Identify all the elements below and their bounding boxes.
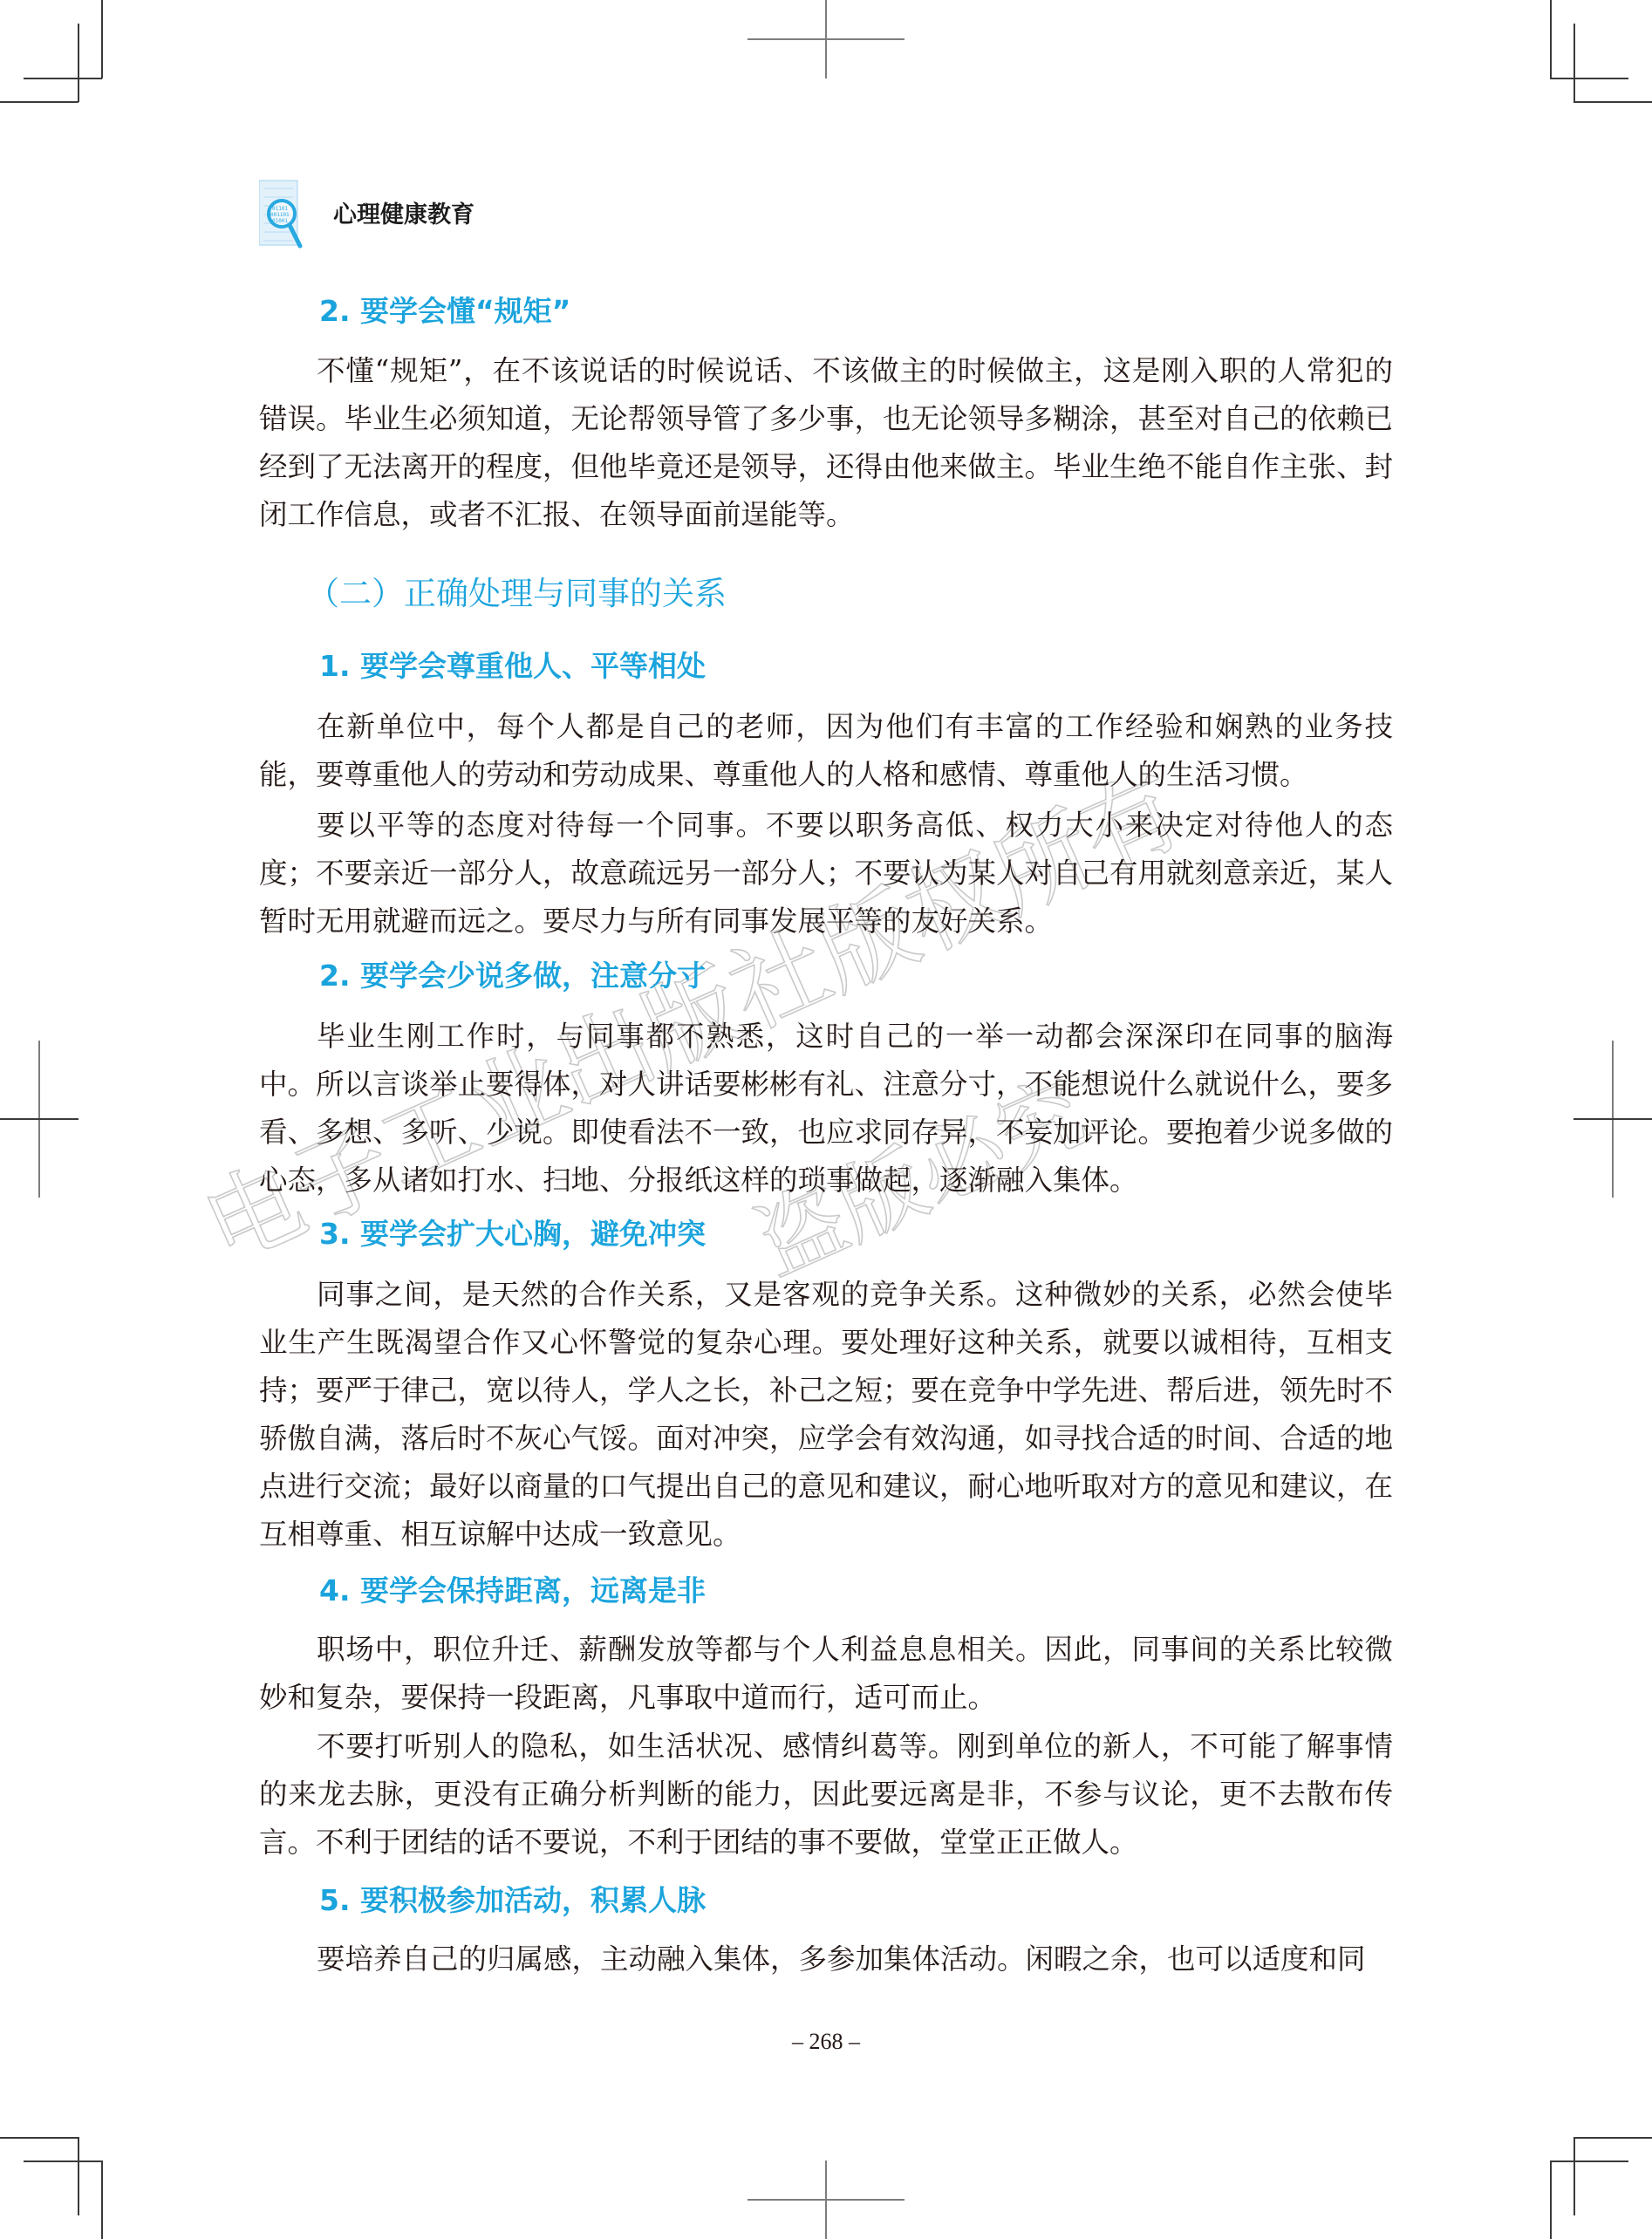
section-heading: 2. 要学会懂“规矩”: [319, 294, 570, 329]
crop-mark: [0, 2137, 79, 2139]
paragraph: 要以平等的态度对待每一个同事。不要以职务高低、权力大小来决定对待他人的态度；不要…: [259, 802, 1393, 945]
section-heading: 5. 要积极参加活动，积累人脉: [319, 1883, 706, 1918]
section-heading: 4. 要学会保持距离，远离是非: [319, 1573, 706, 1608]
paragraph: 同事之间，是天然的合作关系，又是客观的竞争关系。这种微妙的关系，必然会使毕业生产…: [259, 1271, 1393, 1559]
page-number: – 268 –: [0, 2029, 1652, 2055]
section-heading: 3. 要学会扩大心胸，避免冲突: [319, 1217, 706, 1252]
crop-mark: [78, 24, 79, 102]
paragraph: 在新单位中，每个人都是自己的老师，因为他们有丰富的工作经验和娴熟的业务技能，要尊…: [259, 703, 1393, 799]
paragraph: 职场中，职位升迁、薪酬发放等都与个人利益息息相关。因此，同事间的关系比较微妙和复…: [259, 1626, 1393, 1722]
svg-text:01001: 01001: [272, 218, 288, 224]
paragraph: 不懂“规矩”，在不该说话的时候说话、不该做主的时候做主，这是刚入职的人常犯的错误…: [259, 347, 1393, 539]
registration-mark: [1573, 1118, 1652, 1120]
paragraph: 要培养自己的归属感，主动融入集体，多参加集体活动。闲暇之余，也可以适度和同: [259, 1935, 1393, 1983]
svg-text:01101: 01101: [272, 206, 288, 212]
registration-mark: [0, 1118, 79, 1120]
chapter-heading: （二）正确处理与同事的关系: [307, 575, 727, 613]
crop-mark: [101, 2160, 103, 2239]
book-title: 心理健康教育: [333, 195, 474, 229]
paragraph: 不要打听别人的隐私，如生活状况、感情纠葛等。刚到单位的新人，不可能了解事情的来龙…: [259, 1723, 1393, 1867]
crop-mark: [1550, 2160, 1552, 2239]
registration-mark: [747, 2199, 905, 2201]
crop-mark: [24, 78, 102, 79]
crop-mark: [24, 2160, 102, 2162]
section-heading: 1. 要学会尊重他人、平等相处: [319, 649, 706, 684]
crop-mark: [78, 2137, 79, 2215]
crop-mark: [0, 101, 79, 103]
crop-mark: [1550, 78, 1628, 79]
registration-mark: [747, 38, 905, 40]
svg-text:001101: 001101: [270, 212, 290, 218]
crop-mark: [1573, 2137, 1652, 2139]
crop-mark: [1550, 0, 1552, 79]
section-heading: 2. 要学会少说多做，注意分寸: [319, 959, 706, 993]
crop-mark: [1573, 24, 1575, 102]
paragraph: 毕业生刚工作时，与同事都不熟悉，这时自己的一举一动都会深深印在同事的脑海中。所以…: [259, 1013, 1393, 1205]
crop-mark: [1573, 2137, 1575, 2215]
crop-mark: [101, 0, 103, 79]
crop-mark: [1550, 2160, 1628, 2162]
crop-mark: [1573, 101, 1652, 103]
magnifier-document-icon: 01101 001101 01001: [259, 179, 303, 249]
